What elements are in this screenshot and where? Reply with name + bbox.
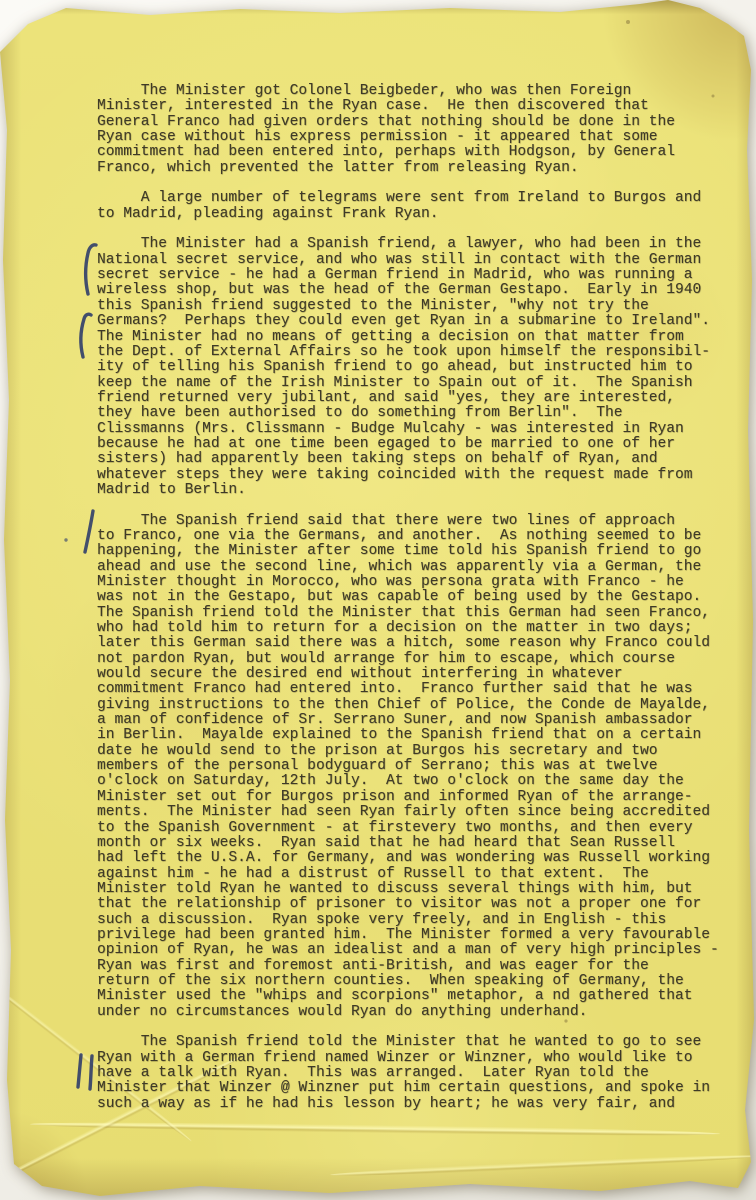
typed-text-block: The Minister got Colonel Beigbeder, who … xyxy=(97,84,742,1112)
paper-sheet: The Minister got Colonel Beigbeder, who … xyxy=(0,0,756,1200)
paper-crease xyxy=(330,1153,756,1179)
paragraph-1: The Minister got Colonel Beigbeder, who … xyxy=(97,84,742,176)
double-bar-pen-mark-icon xyxy=(78,1055,81,1087)
bracket-pen-mark-lower-icon xyxy=(81,314,91,357)
pen-dot xyxy=(64,538,67,541)
paper-shadow: The Minister got Colonel Beigbeder, who … xyxy=(0,0,756,1200)
paragraph-3: The Minister had a Spanish friend, a law… xyxy=(97,237,742,498)
document-scan: The Minister got Colonel Beigbeder, who … xyxy=(0,0,756,1200)
slash-pen-mark-icon xyxy=(85,511,93,552)
paragraph-4: The Spanish friend said that there were … xyxy=(97,514,742,1020)
paper-crease xyxy=(30,1120,720,1138)
paragraph-2: A large number of telegrams were sent fr… xyxy=(97,191,742,222)
paper-speck xyxy=(626,20,630,24)
paragraph-5: The Spanish friend told the Minister tha… xyxy=(97,1035,742,1112)
bracket-pen-mark-upper-icon xyxy=(86,245,96,294)
